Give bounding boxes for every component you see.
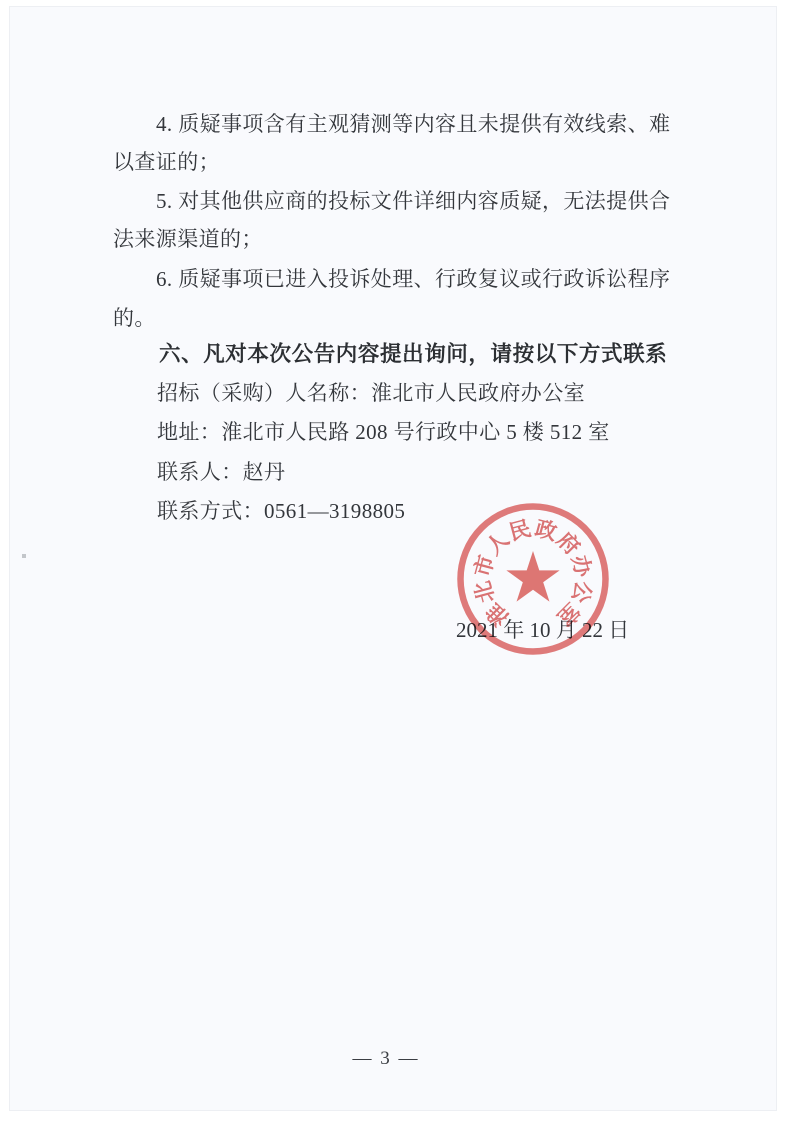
- clause-6-line-1: 6. 质疑事项已进入投诉处理、行政复议或行政诉讼程序: [156, 269, 670, 290]
- clause-4-line-1: 4. 质疑事项含有主观猜测等内容且未提供有效线索、难: [156, 114, 670, 135]
- contact-method-line: 联系方式：0561—3198805: [157, 501, 405, 522]
- clause-6-line-2: 的。: [113, 308, 156, 329]
- scanned-document: 4. 质疑事项含有主观猜测等内容且未提供有效线索、难 以查证的； 5. 对其他供…: [0, 0, 793, 1122]
- page-number: — 3 —: [286, 1048, 486, 1070]
- document-page: 4. 质疑事项含有主观猜测等内容且未提供有效线索、难 以查证的； 5. 对其他供…: [9, 6, 777, 1111]
- buyer-name-line: 招标（采购）人名称：淮北市人民政府办公室: [157, 383, 585, 404]
- seal-arc-char-1: 北: [470, 578, 499, 605]
- clause-4-line-2: 以查证的；: [113, 152, 220, 173]
- official-seal: 淮 北 市 人 民 政 府 办 公 室: [443, 489, 623, 669]
- address-line: 地址：淮北市人民路 208 号行政中心 5 楼 512 室: [157, 422, 610, 443]
- red-star-icon: [506, 551, 559, 602]
- clause-5-line-2: 法来源渠道的；: [113, 229, 263, 250]
- seal-arc-char-4: 民: [507, 516, 534, 545]
- seal-arc-char-7: 办: [567, 552, 597, 581]
- section-heading: 六、凡对本次公告内容提出询问，请按以下方式联系: [159, 344, 667, 366]
- scan-speck: [22, 554, 26, 558]
- clause-5-line-1: 5. 对其他供应商的投标文件详细内容质疑，无法提供合: [156, 191, 670, 212]
- contact-person-line: 联系人：赵丹: [157, 462, 285, 483]
- seal-arc-char-9: 室: [552, 598, 585, 631]
